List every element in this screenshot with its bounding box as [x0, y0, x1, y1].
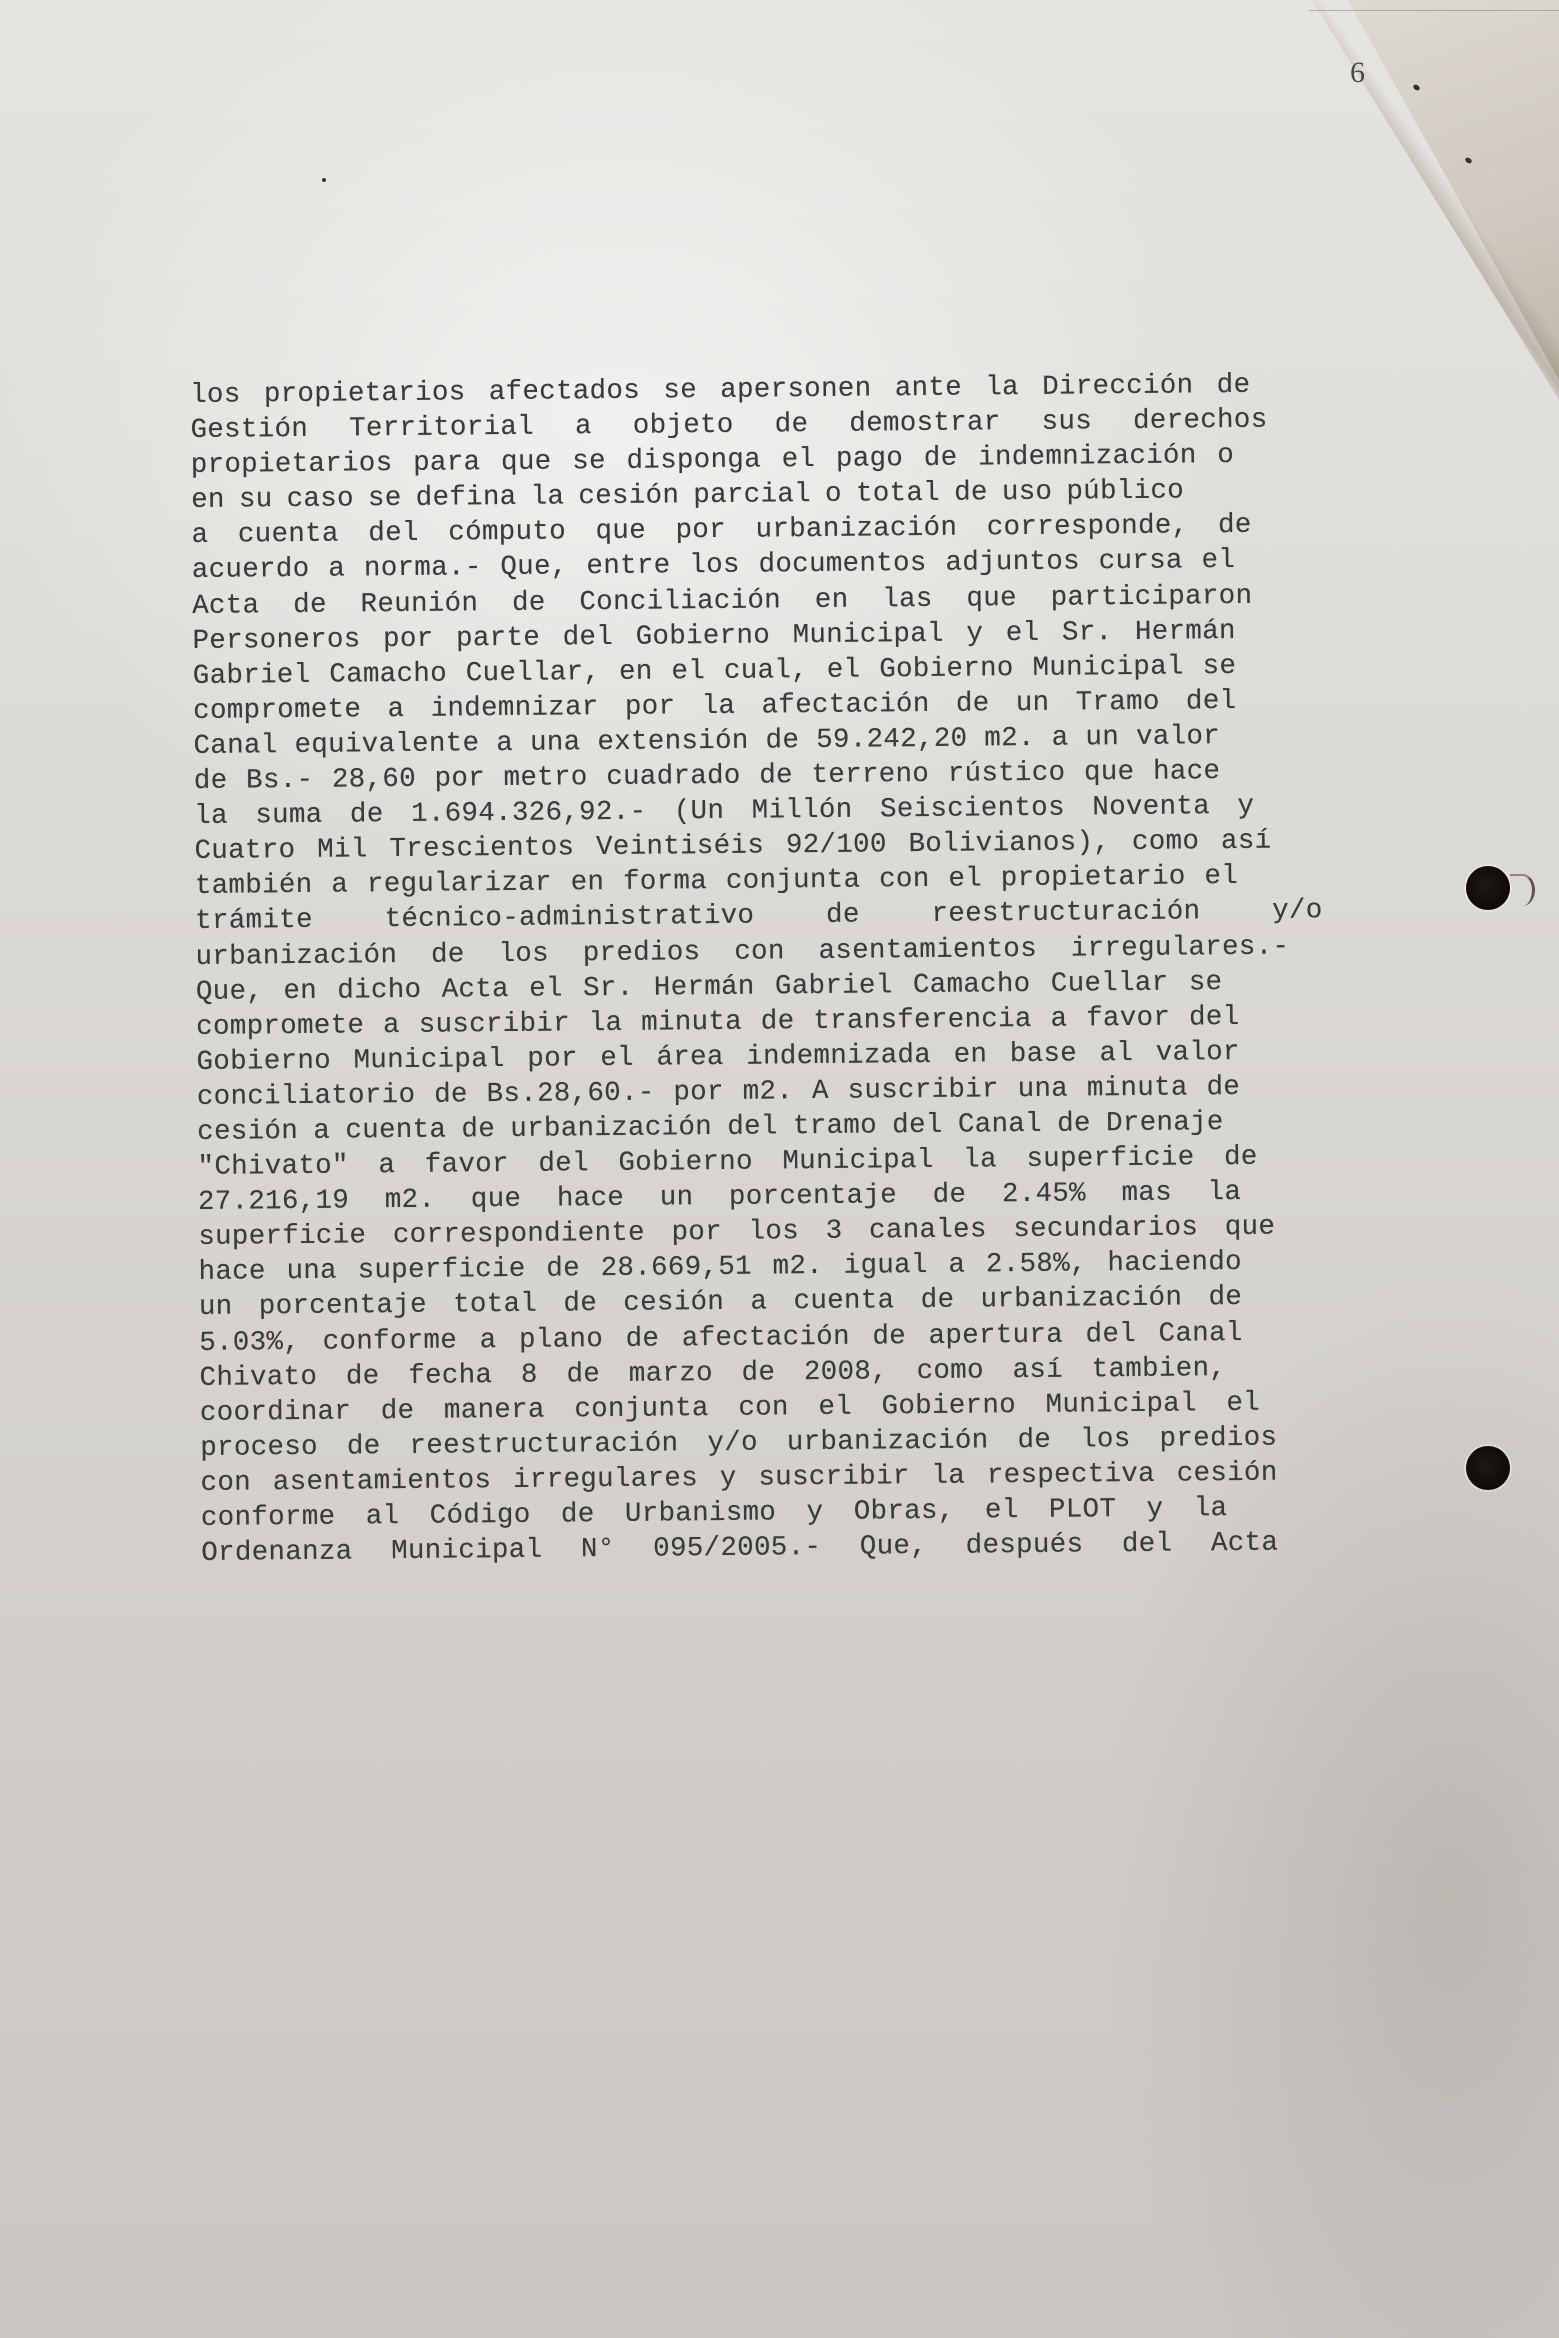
fold-edge: [1309, 10, 1559, 11]
punch-hole: [1466, 866, 1510, 910]
document-body: los propietarios afectados se apersonen …: [190, 367, 1396, 1572]
page-number: 6: [1350, 56, 1365, 90]
punch-hole: [1466, 1446, 1510, 1490]
ink-speck: [322, 178, 326, 182]
punch-hole-tear: [1510, 874, 1535, 906]
